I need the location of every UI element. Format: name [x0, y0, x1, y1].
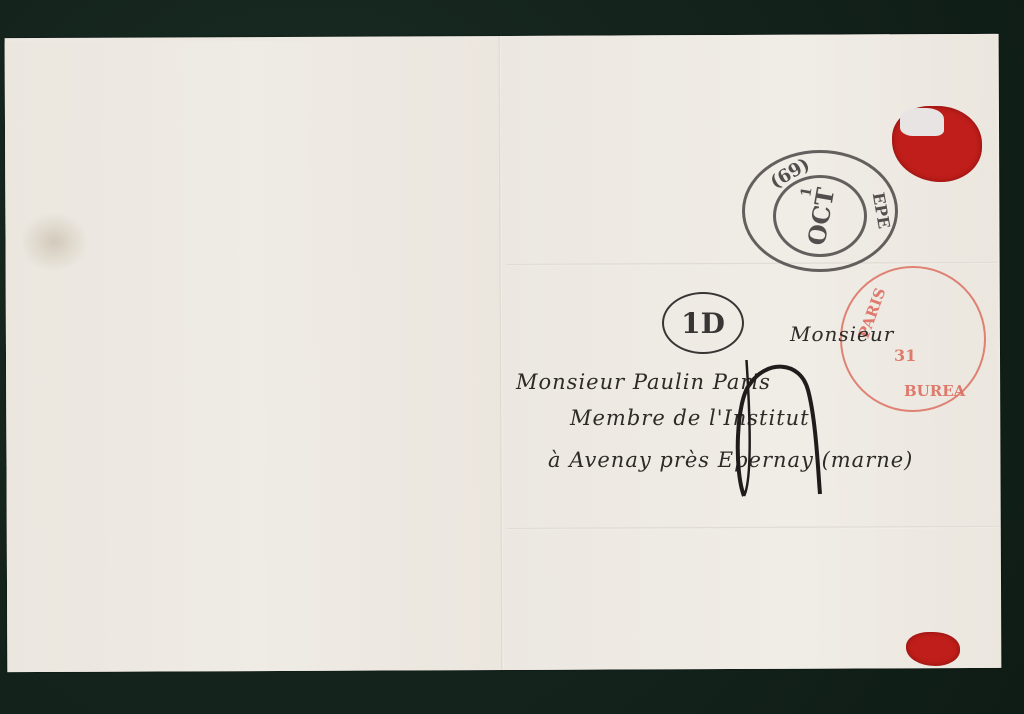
postmark-town: EPE [868, 191, 893, 230]
postmark-inner-ring: 1 OCT [773, 175, 867, 257]
address-salutation: Monsieur [790, 322, 894, 346]
red-postmark-date: 31 [894, 346, 916, 365]
seal-paper-remnant [900, 108, 944, 136]
rate-handstamp: 1D [662, 292, 744, 354]
black-postmark: (69) EPE 1 OCT [742, 150, 898, 272]
rate-text: 1D [681, 307, 725, 340]
red-postmark-office: BUREA [904, 382, 965, 400]
left-panel [5, 40, 502, 672]
manuscript-rate-mark [730, 360, 830, 500]
paper-stain [19, 212, 89, 272]
